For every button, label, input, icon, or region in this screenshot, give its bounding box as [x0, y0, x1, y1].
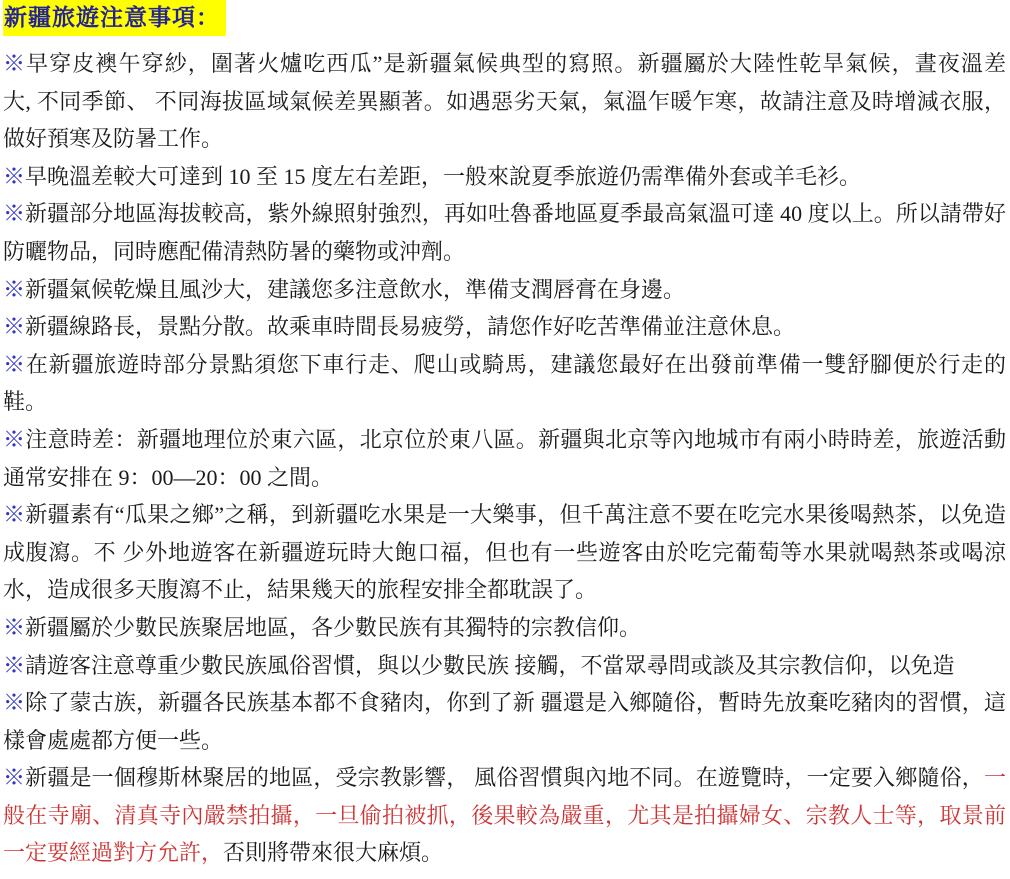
notice-paragraph: ※新疆素有“瓜果之鄉”之稱，到新疆吃水果是一大樂事，但千萬注意不要在吃完水果後喝… — [3, 496, 1006, 609]
text-segment: 早穿皮襖午穿紗，圍著火爐吃西瓜”是新疆氣候典型的寫照。新疆屬於大陸性乾旱氣候，晝… — [3, 51, 1010, 151]
notice-paragraph: ※除了蒙古族，新疆各民族基本都不食豬肉，你到了新 疆還是入鄉隨俗，暫時先放棄吃豬… — [3, 684, 1006, 759]
bullet-marker: ※ — [3, 201, 25, 226]
notice-paragraph: ※新疆氣候乾燥且風沙大，建議您多注意飲水，準備支潤唇膏在身邊。 — [3, 271, 1006, 309]
text-segment: 新疆線路長，景點分散。故乘車時間長易疲勞，請您作好吃苦準備並注意休息。 — [25, 314, 795, 339]
text-segment: 請遊客注意尊重少數民族風俗習慣，與以少數民族 接觸，不當眾尋問或談及其宗教信仰，… — [25, 653, 955, 678]
text-segment: 新疆氣候乾燥且風沙大，建議您多注意飲水，準備支潤唇膏在身邊。 — [25, 277, 685, 302]
notice-paragraph: ※在新疆旅遊時部分景點須您下車行走、爬山或騎馬，建議您最好在出發前準備一雙舒腳便… — [3, 346, 1006, 421]
notice-paragraph: ※新疆屬於少數民族聚居地區，各少數民族有其獨特的宗教信仰。 — [3, 609, 1006, 647]
page-title: 新疆旅遊注意事項： — [3, 0, 226, 36]
text-segment: 否則將帶來很大麻煩。 — [223, 840, 443, 865]
bullet-marker: ※ — [3, 277, 25, 302]
bullet-marker: ※ — [3, 164, 25, 189]
text-segment: 在新疆旅遊時部分景點須您下車行走、爬山或騎馬，建議您最好在出發前準備一雙舒腳便於… — [3, 352, 1006, 415]
bullet-marker: ※ — [3, 653, 25, 678]
travel-notice-document: 新疆旅遊注意事項： ※早穿皮襖午穿紗，圍著火爐吃西瓜”是新疆氣候典型的寫照。新疆… — [0, 0, 1010, 879]
text-segment: 新疆素有“瓜果之鄉”之稱，到新疆吃水果是一大樂事，但千萬注意不要在吃完水果後喝熱… — [3, 502, 1006, 602]
notice-paragraph: ※新疆線路長，景點分散。故乘車時間長易疲勞，請您作好吃苦準備並注意休息。 — [3, 308, 1006, 346]
text-segment: 早晚溫差較大可達到 10 至 15 度左右差距，一般來說夏季旅遊仍需準備外套或羊… — [25, 164, 861, 189]
text-segment: 新疆屬於少數民族聚居地區，各少數民族有其獨特的宗教信仰。 — [25, 615, 641, 640]
text-segment: 注意時差：新疆地理位於東六區，北京位於東八區。新疆與北京等內地城市有兩小時時差，… — [3, 427, 1006, 490]
bullet-marker: ※ — [3, 427, 25, 452]
notice-paragraph: ※注意時差：新疆地理位於東六區，北京位於東八區。新疆與北京等內地城市有兩小時時差… — [3, 421, 1006, 496]
bullet-marker: ※ — [3, 502, 25, 527]
notice-body: ※早穿皮襖午穿紗，圍著火爐吃西瓜”是新疆氣候典型的寫照。新疆屬於大陸性乾旱氣候，… — [3, 45, 1006, 872]
bullet-marker: ※ — [3, 51, 26, 76]
bullet-marker: ※ — [3, 765, 25, 790]
notice-paragraph: ※新疆部分地區海拔較高，紫外線照射強烈，再如吐魯番地區夏季最高氣溫可達 40 度… — [3, 195, 1006, 270]
bullet-marker: ※ — [3, 352, 26, 377]
title-line: 新疆旅遊注意事項： — [3, 0, 1006, 36]
notice-paragraph: ※早穿皮襖午穿紗，圍著火爐吃西瓜”是新疆氣候典型的寫照。新疆屬於大陸性乾旱氣候，… — [3, 45, 1006, 158]
bullet-marker: ※ — [3, 314, 25, 339]
text-segment: 除了蒙古族，新疆各民族基本都不食豬肉，你到了新 疆還是入鄉隨俗，暫時先放棄吃豬肉… — [3, 690, 1006, 753]
notice-paragraph: ※請遊客注意尊重少數民族風俗習慣，與以少數民族 接觸，不當眾尋問或談及其宗教信仰… — [3, 647, 1006, 685]
text-segment: 新疆部分地區海拔較高，紫外線照射強烈，再如吐魯番地區夏季最高氣溫可達 40 度以… — [3, 201, 1006, 264]
bullet-marker: ※ — [3, 615, 25, 640]
text-segment: 新疆是一個穆斯林聚居的地區，受宗教影響， 風俗習慣與內地不同。在遊覽時，一定要入… — [25, 765, 984, 790]
notice-paragraph: ※新疆是一個穆斯林聚居的地區，受宗教影響， 風俗習慣與內地不同。在遊覽時，一定要… — [3, 759, 1006, 872]
bullet-marker: ※ — [3, 690, 25, 715]
notice-paragraph: ※早晚溫差較大可達到 10 至 15 度左右差距，一般來說夏季旅遊仍需準備外套或… — [3, 158, 1006, 196]
